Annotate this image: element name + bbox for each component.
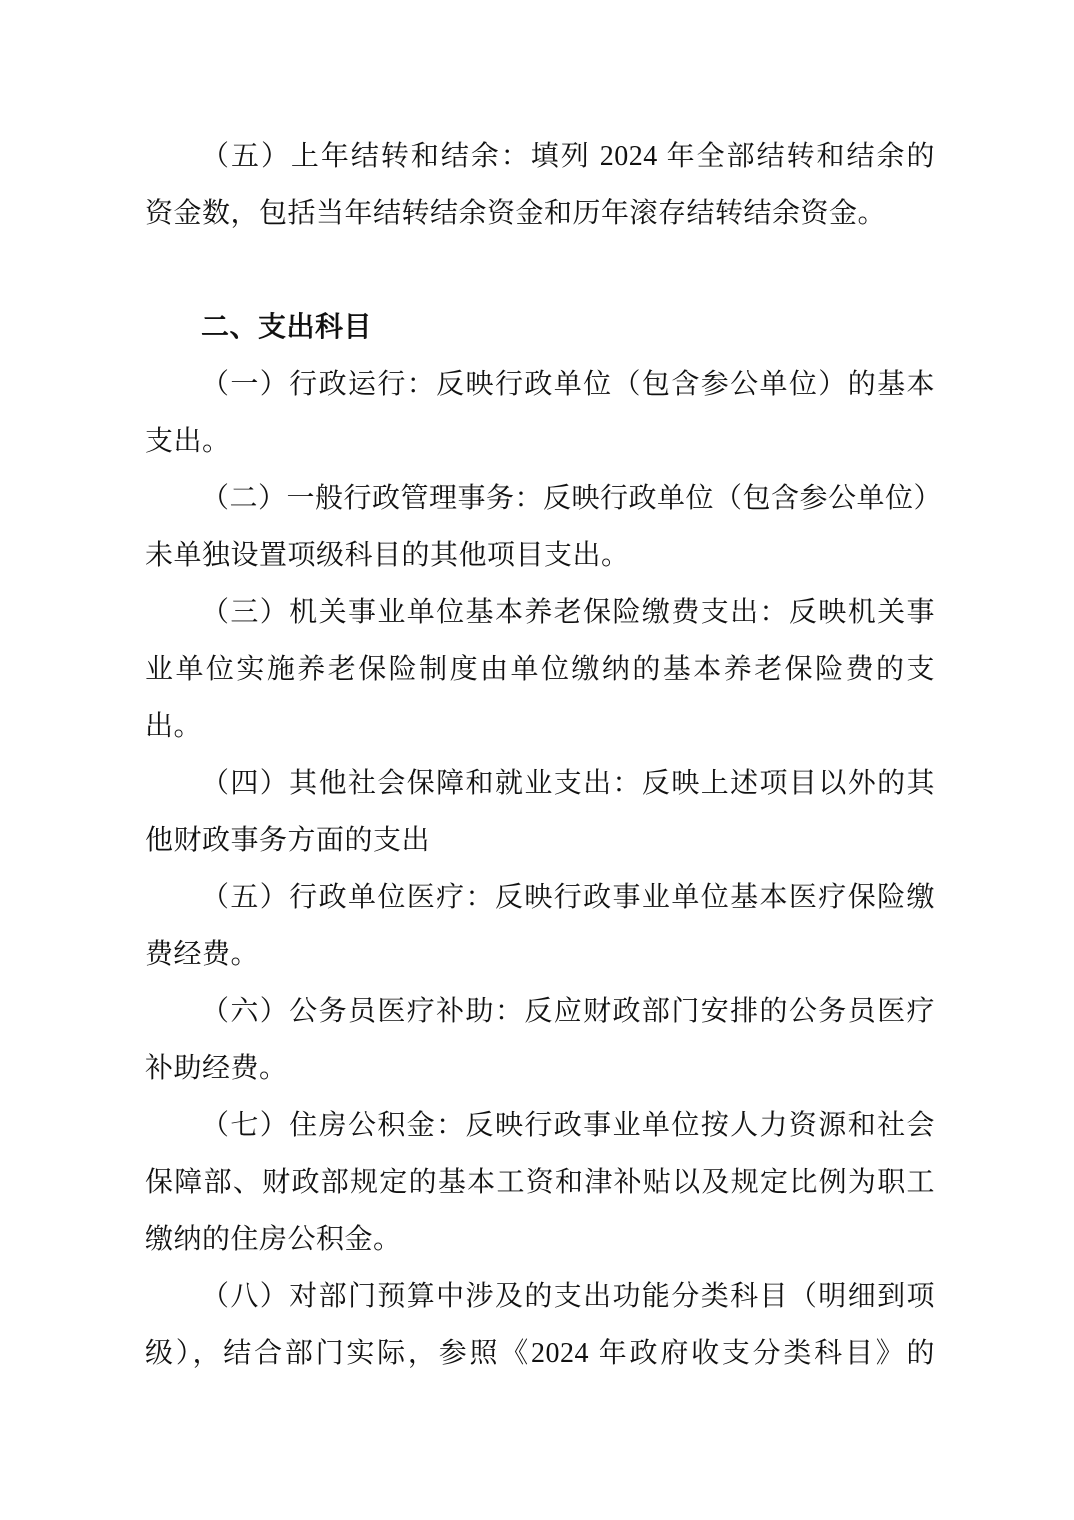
paragraph-line: （二）一般行政管理事务：反映行政单位（包含参公单位） [145, 470, 935, 527]
paragraph-line: （八）对部门预算中涉及的支出功能分类科目（明细到项 [145, 1268, 935, 1325]
document-page: （五）上年结转和结余：填列 2024 年全部结转和结余的资金数，包括当年结转结余… [0, 0, 1074, 1520]
paragraph-line: 他财政事务方面的支出 [145, 812, 935, 869]
paragraph-line: （三）机关事业单位基本养老保险缴费支出：反映机关事 [145, 584, 935, 641]
paragraph-line: 出。 [145, 698, 935, 755]
paragraph-line: 保障部、财政部规定的基本工资和津补贴以及规定比例为职工 [145, 1154, 935, 1211]
paragraph-line: （五）上年结转和结余：填列 2024 年全部结转和结余的 [145, 128, 935, 185]
paragraph-line: 支出。 [145, 413, 935, 470]
paragraph-line: 缴纳的住房公积金。 [145, 1211, 935, 1268]
paragraph-line: 业单位实施养老保险制度由单位缴纳的基本养老保险费的支 [145, 641, 935, 698]
paragraph-line: （一）行政运行：反映行政单位（包含参公单位）的基本 [145, 356, 935, 413]
paragraph-line: 级），结合部门实际，参照《2024 年政府收支分类科目》的 [145, 1325, 935, 1382]
document-body: （五）上年结转和结余：填列 2024 年全部结转和结余的资金数，包括当年结转结余… [145, 128, 935, 1382]
blank-line [145, 242, 935, 299]
paragraph-line: 费经费。 [145, 926, 935, 983]
paragraph-line: （五）行政单位医疗：反映行政事业单位基本医疗保险缴 [145, 869, 935, 926]
paragraph-line: （六）公务员医疗补助：反应财政部门安排的公务员医疗 [145, 983, 935, 1040]
paragraph-line: （七）住房公积金：反映行政事业单位按人力资源和社会 [145, 1097, 935, 1154]
paragraph-line: 未单独设置项级科目的其他项目支出。 [145, 527, 935, 584]
paragraph-line: （四）其他社会保障和就业支出：反映上述项目以外的其 [145, 755, 935, 812]
paragraph-line: 资金数，包括当年结转结余资金和历年滚存结转结余资金。 [145, 185, 935, 242]
section-heading: 二、支出科目 [145, 299, 935, 356]
paragraph-line: 补助经费。 [145, 1040, 935, 1097]
